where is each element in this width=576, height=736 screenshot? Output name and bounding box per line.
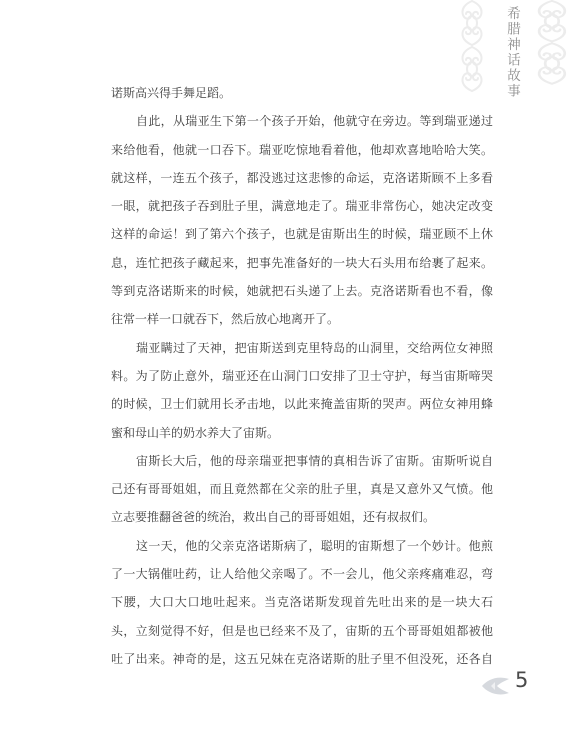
text-line: 这一天，他的父亲克洛诺斯病了，聪明的宙斯想了一个妙计。他煎 — [111, 532, 493, 560]
text-line: 下腰，大口大口地吐起来。当克洛诺斯发现首先吐出来的是一块大石 — [111, 588, 493, 616]
damask-ornament-icon — [529, 0, 576, 86]
text-line: 来给他看，他就一口吞下。瑞亚吃惊地看着他，他却欢喜地哈哈大笑。 — [111, 136, 493, 164]
text-line: 就这样，一连五个孩子，都没逃过这悲惨的命运，克洛诺斯顾不上多看 — [111, 164, 493, 192]
text-line: 瑞亚瞒过了天神，把宙斯送到克里特岛的山洞里，交给两位女神照 — [111, 334, 493, 362]
text-line: 料。为了防止意外，瑞亚还在山洞门口安排了卫士守护，每当宙斯啼哭 — [111, 362, 493, 390]
text-line: 自此，从瑞亚生下第一个孩子开始，他就守在旁边。等到瑞亚递过 — [111, 107, 493, 135]
bird-flourish-icon — [482, 676, 509, 696]
text-line: 诺斯高兴得手舞足蹈。 — [111, 79, 493, 107]
text-line: 这样的命运！到了第六个孩子，也就是宙斯出生的时候，瑞亚顾不上休 — [111, 220, 493, 248]
text-line: 的时候，卫士们就用长矛击地，以此来掩盖宙斯的哭声。两位女神用蜂 — [111, 390, 493, 418]
page-number: 5 — [515, 668, 528, 692]
text-line: 立志要推翻爸爸的统治，救出自己的哥哥姐姐，还有叔叔们。 — [111, 503, 493, 531]
text-line: 吐了出来。神奇的是，这五兄妹在克洛诺斯的肚子里不但没死，还各自 — [111, 645, 493, 673]
text-line: 息，连忙把孩子藏起来，把事先准备好的一块大石头用布给裹了起来。 — [111, 249, 493, 277]
text-line: 了一大锅催吐药，让人给他父亲喝了。不一会儿，他父亲疼痛难忍，弯 — [111, 560, 493, 588]
book-page: 希腊神话故事 诺斯高兴得手舞足蹈。自此，从瑞亚生下第一个孩子开始，他就守在旁边。… — [0, 0, 576, 736]
body-text: 诺斯高兴得手舞足蹈。自此，从瑞亚生下第一个孩子开始，他就守在旁边。等到瑞亚递过来… — [111, 79, 493, 673]
text-line: 往常一样一口就吞下，然后放心地离开了。 — [111, 305, 493, 333]
text-line: 头，立刻觉得不好，但是也已经来不及了，宙斯的五个哥哥姐姐都被他 — [111, 617, 493, 645]
text-line: 蜜和母山羊的奶水养大了宙斯。 — [111, 419, 493, 447]
book-title-vertical: 希腊神话故事 — [502, 6, 522, 99]
text-line: 宙斯长大后，他的母亲瑞亚把事情的真相告诉了宙斯。宙斯听说自 — [111, 447, 493, 475]
text-line: 一眼，就把孩子吞到肚子里，满意地走了。瑞亚非常伤心，她决定改变 — [111, 192, 493, 220]
text-line: 己还有哥哥姐姐，而且竟然都在父亲的肚子里，真是又意外又气愤。他 — [111, 475, 493, 503]
text-line: 等到克洛诺斯来的时候，她就把石头递了上去。克洛诺斯看也不看，像 — [111, 277, 493, 305]
